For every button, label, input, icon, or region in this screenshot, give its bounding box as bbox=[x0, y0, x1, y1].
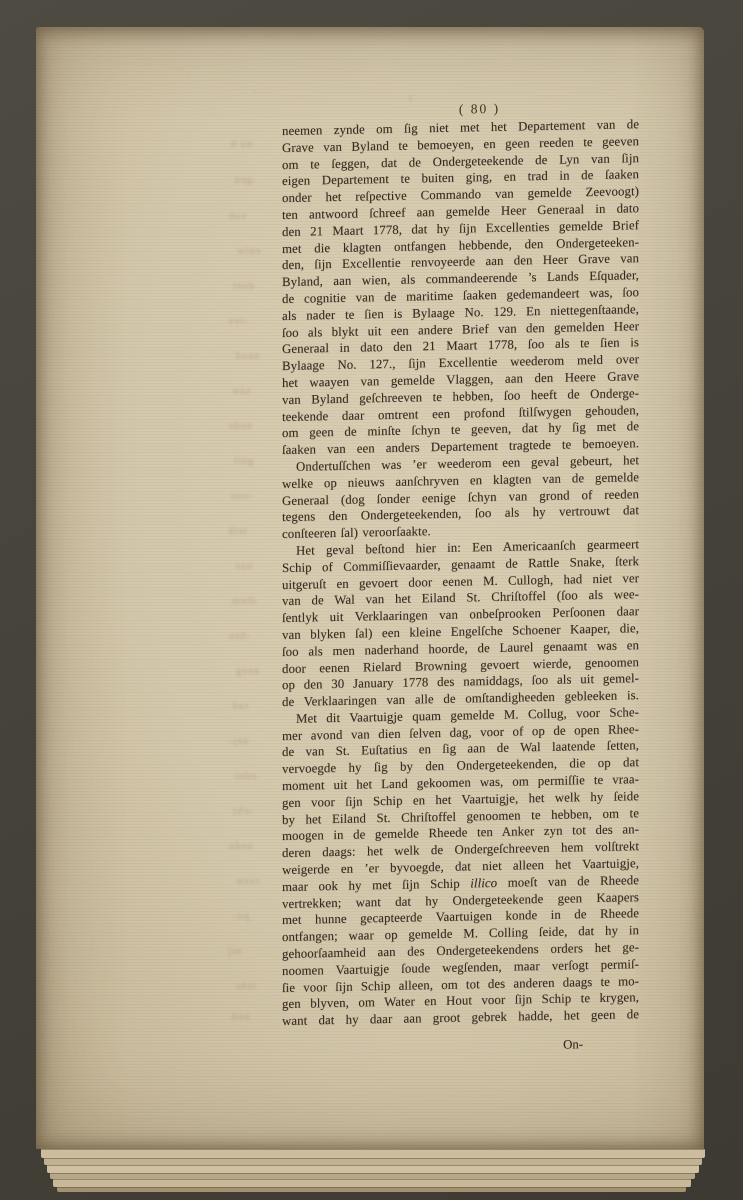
bleedthrough-fragment: ned bbox=[231, 1012, 249, 1023]
page-edge bbox=[44, 1158, 702, 1165]
bleedthrough-fragment: neeg bbox=[235, 666, 259, 677]
bleedthrough-fragment: saw bbox=[231, 386, 250, 397]
bleedthrough-fragment: po- bbox=[232, 911, 249, 922]
page-edge bbox=[41, 1149, 705, 1158]
text-block: ( 80 ) neemen zynde om ſig niet met het … bbox=[282, 98, 639, 1058]
bleedthrough-fragment: eniw bbox=[236, 246, 260, 257]
bleedthrough-fragment: nav bbox=[234, 561, 252, 572]
bleedthrough-fragment: tad bbox=[232, 701, 248, 712]
bleedthrough-fragment: dlem bbox=[231, 596, 256, 607]
bleedthrough-fragment: -soo bbox=[230, 491, 252, 502]
bleedthrough-fragment: neod bbox=[235, 351, 259, 362]
bleedthrough-fragment: -ehc bbox=[231, 806, 253, 817]
bleedthrough-fragment: na b bbox=[230, 139, 252, 150]
bleedthrough-fragment: edni bbox=[234, 771, 256, 782]
bleedthrough-fragment: dnet bbox=[232, 281, 254, 292]
bleedthrough-fragment: gnil bbox=[233, 456, 253, 467]
bleedthrough-fragment: nedu bbox=[228, 841, 252, 852]
page-stack-edges bbox=[40, 1149, 706, 1192]
bleedthrough-fragment: nij bbox=[227, 946, 241, 957]
catchword: On- bbox=[282, 1036, 639, 1058]
bleedthrough-fragment: -bro bbox=[228, 631, 250, 642]
bleedthrough-fragment: vah bbox=[228, 211, 246, 222]
bleedthrough-fragment: teik bbox=[227, 526, 247, 537]
bleedthrough-fragment: -ged bbox=[234, 175, 257, 186]
page-edge bbox=[57, 1187, 686, 1192]
bleedthrough-fragment: tehc bbox=[234, 981, 256, 992]
bleedthrough-fragment: raaw bbox=[235, 876, 259, 887]
bleedthrough-fragment: nede bbox=[228, 421, 252, 432]
body-text: neemen zynde om ſig niet met het Departe… bbox=[282, 116, 639, 1030]
ink-speck: . bbox=[186, 67, 190, 78]
bleedthrough-fragment: -rev bbox=[227, 316, 248, 327]
page-edge bbox=[47, 1165, 699, 1173]
ink-speck: ʼ bbox=[252, 89, 257, 100]
book-page: na b-gedvaheniwdnet-revneodsawnedegnil-s… bbox=[36, 27, 704, 1149]
scanned-document-view: { "page_header": { "page_number": "( 80 … bbox=[0, 0, 743, 1200]
bleedthrough-fragment: nej- bbox=[228, 736, 248, 747]
page-edge bbox=[53, 1179, 691, 1187]
